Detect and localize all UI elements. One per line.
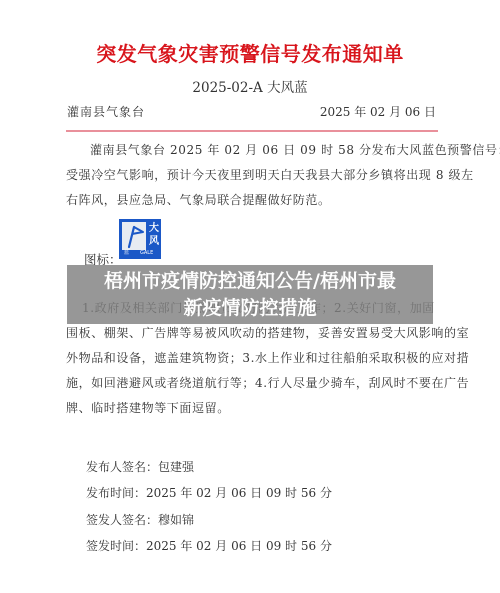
overlay-title-line2: 新疫情防控措施	[67, 295, 433, 322]
signal-english-label: GALE	[140, 250, 153, 257]
signal-char: 风	[148, 236, 160, 248]
approver-signature: 签发人签名：穆如锦	[86, 511, 194, 528]
intro-paragraph: 灌南县气象台 2025 年 02 月 06 日 09 时 58 分发布大风蓝色预…	[66, 138, 440, 213]
measures-line: 牌、临时搭建物等下面逗留。	[66, 396, 440, 421]
intro-line: 右阵风，县应急局、气象局联合提醒做好防范。	[66, 188, 440, 213]
publish-time: 发布时间：2025 年 02 月 06 日 09 时 56 分	[86, 484, 332, 501]
issue-date: 2025 年 02 月 06 日	[320, 103, 436, 120]
measures-line: 施，如回港避风或者绕道航行等；4.行人尽量少骑车，刮风时不要在广告	[66, 371, 440, 396]
header-divider	[66, 130, 438, 132]
flag-icon	[122, 222, 146, 250]
issuer-name: 灌南县气象台	[67, 103, 145, 120]
gale-blue-warning-icon: 大 风 蓝 GALE	[119, 219, 161, 259]
intro-line: 受强冷空气影响，预计今天夜里到明天白天我县大部分乡镇将出现 8 级左	[66, 163, 440, 188]
document-title: 突发气象灾害预警信号发布通知单	[0, 38, 500, 67]
overlay-title-line1: 梧州市疫情防控通知公告/梧州市最	[67, 268, 433, 295]
article-title-overlay[interactable]: 梧州市疫情防控通知公告/梧州市最 新疫情防控措施	[67, 265, 433, 324]
intro-line: 灌南县气象台 2025 年 02 月 06 日 09 时 58 分发布大风蓝色预…	[66, 138, 440, 163]
warning-code: 2025-02-A 大风蓝	[0, 76, 500, 96]
overlay-title: 梧州市疫情防控通知公告/梧州市最 新疫情防控措施	[67, 265, 433, 322]
signal-color-label: 蓝	[124, 250, 129, 257]
measures-line: 外物品和设备，遮盖建筑物资；3.水上作业和过往船舶采取积极的应对措	[66, 346, 440, 371]
approve-time: 签发时间：2025 年 02 月 06 日 09 时 56 分	[86, 537, 332, 554]
signal-char: 大	[148, 223, 160, 235]
publisher-signature: 发布人签名：包建强	[86, 458, 194, 475]
signal-caption: 蓝 GALE	[122, 250, 158, 257]
measures-line: 围板、棚架、广告牌等易被风吹动的搭建物，妥善安置易受大风影响的室	[66, 321, 440, 346]
